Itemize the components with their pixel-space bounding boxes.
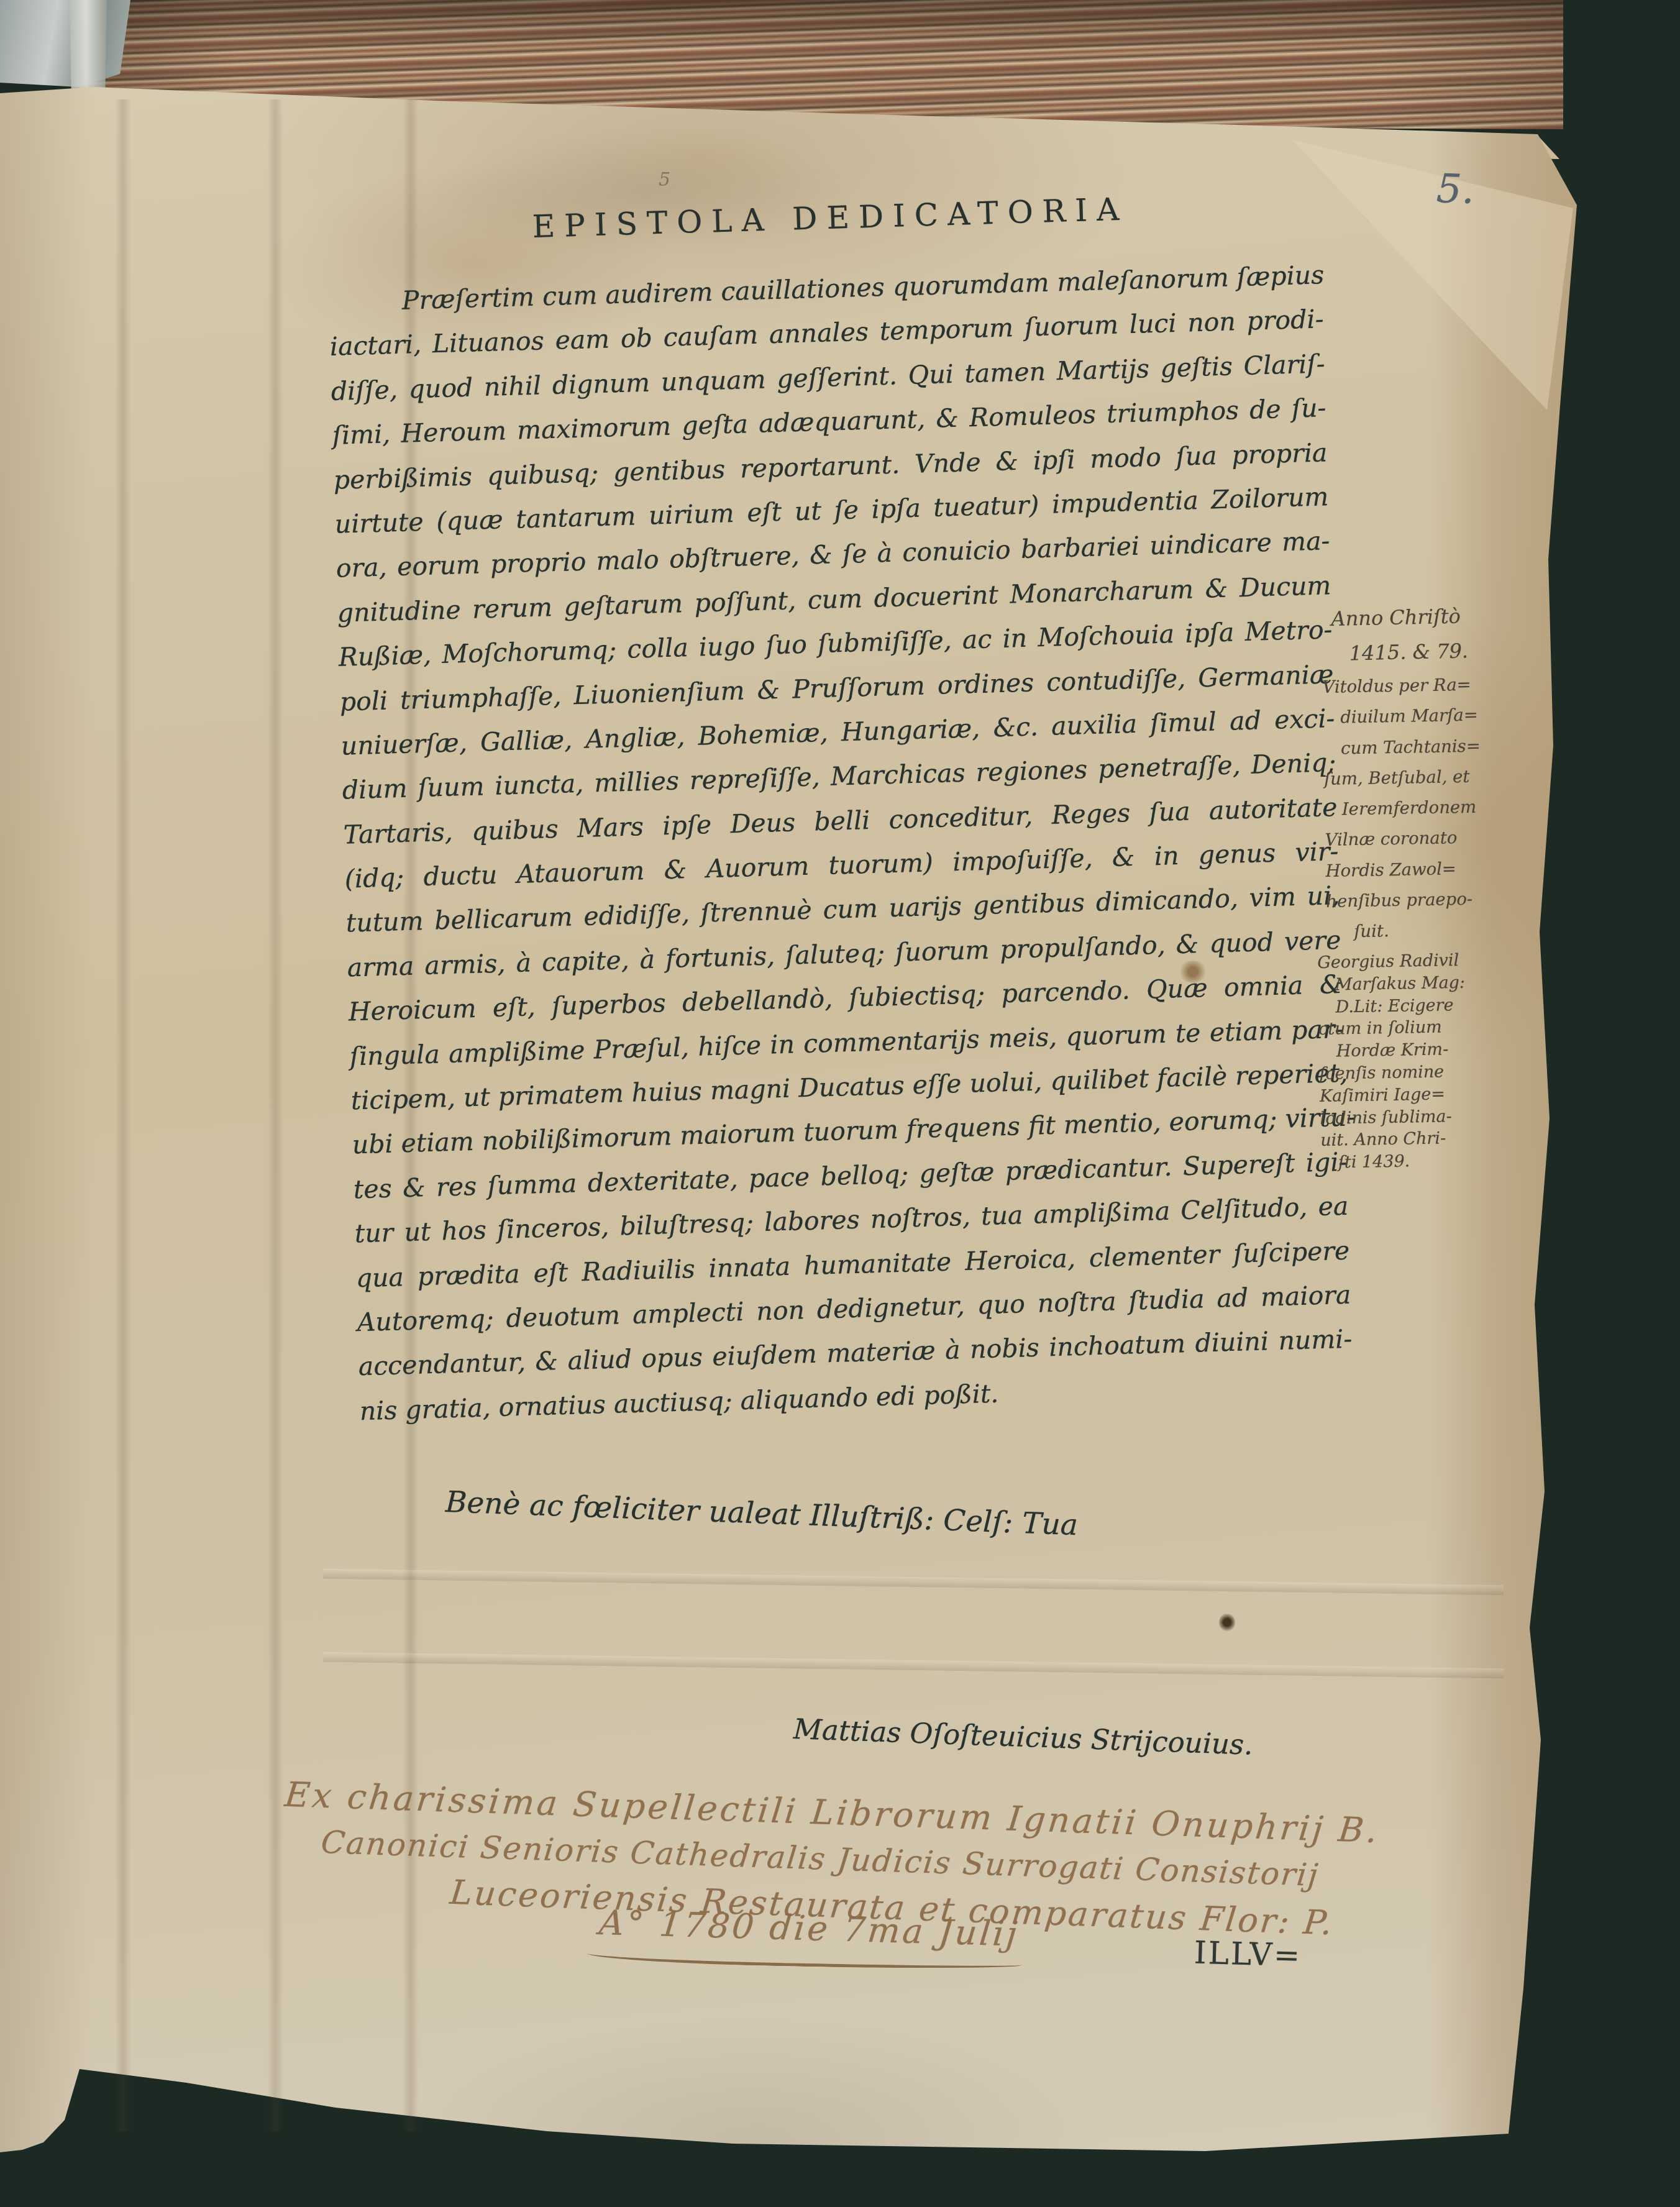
margin-note-line: Marſakus Mag: xyxy=(1318,972,1466,997)
catchword: ILLV= xyxy=(1194,1935,1302,1974)
margin-note-line: Kaſimiri Iage= xyxy=(1320,1083,1468,1108)
page-number: 5. xyxy=(1436,166,1476,213)
margin-note-line: diuilum Marſa= xyxy=(1323,700,1481,734)
margin-note-line: ctum in ſolium xyxy=(1318,1016,1466,1041)
scanned-book-page-photo: 5 5. EPISTOLA DEDICATORIA Præſertim cum … xyxy=(0,0,1680,2207)
pencil-mark: 5 xyxy=(659,169,670,191)
binding-clasp-fragment xyxy=(0,0,130,87)
margin-note-line: Hordæ Krim- xyxy=(1318,1038,1466,1063)
margin-note-line: henſibus praepo- xyxy=(1326,884,1484,918)
margin-note-line: Vitoldus per Ra= xyxy=(1322,670,1480,703)
ink-blot xyxy=(1219,1613,1235,1632)
margin-note-georgius-radivil: Georgius Radivil Marſakus Mag: D.Lit: Ec… xyxy=(1317,949,1468,1174)
margin-note-line: uit. Anno Chri- xyxy=(1320,1127,1468,1152)
margin-note-line: Anno Chriſtò xyxy=(1331,598,1468,636)
margin-note-line: ſcenſis nomine xyxy=(1319,1061,1467,1085)
margin-note-line: ſum, Betſubal, et xyxy=(1324,761,1482,795)
margin-note-line: Ieremferdonem xyxy=(1324,792,1482,826)
margin-note-line: ſti 1439. xyxy=(1321,1149,1469,1174)
margin-note-vitoldus: Vitoldus per Ra= diuilum Marſa= cum Tach… xyxy=(1322,670,1484,948)
margin-note-line: Vilnæ coronato xyxy=(1325,823,1482,856)
margin-note-line: 1415. & 79. xyxy=(1331,633,1468,671)
margin-note-line: cum Tachtanis= xyxy=(1323,731,1481,764)
margin-note-line: lodinis ſublima- xyxy=(1320,1105,1468,1130)
gutter-crease xyxy=(115,99,131,2131)
gutter-crease xyxy=(267,99,283,2131)
margin-note-line: Georgius Radivil xyxy=(1317,949,1465,974)
margin-note-line: D.Lit: Ecigere xyxy=(1318,994,1466,1018)
show-through-smudge xyxy=(348,112,938,273)
margin-note-anno-1415: Anno Chriſtò 1415. & 79. xyxy=(1331,598,1469,671)
margin-note-line: ſuit. xyxy=(1326,915,1484,948)
margin-note-line: Hordis Zawol= xyxy=(1325,853,1483,887)
dedication-body: Præſertim cum audirem cauillationes quor… xyxy=(328,253,1354,1433)
